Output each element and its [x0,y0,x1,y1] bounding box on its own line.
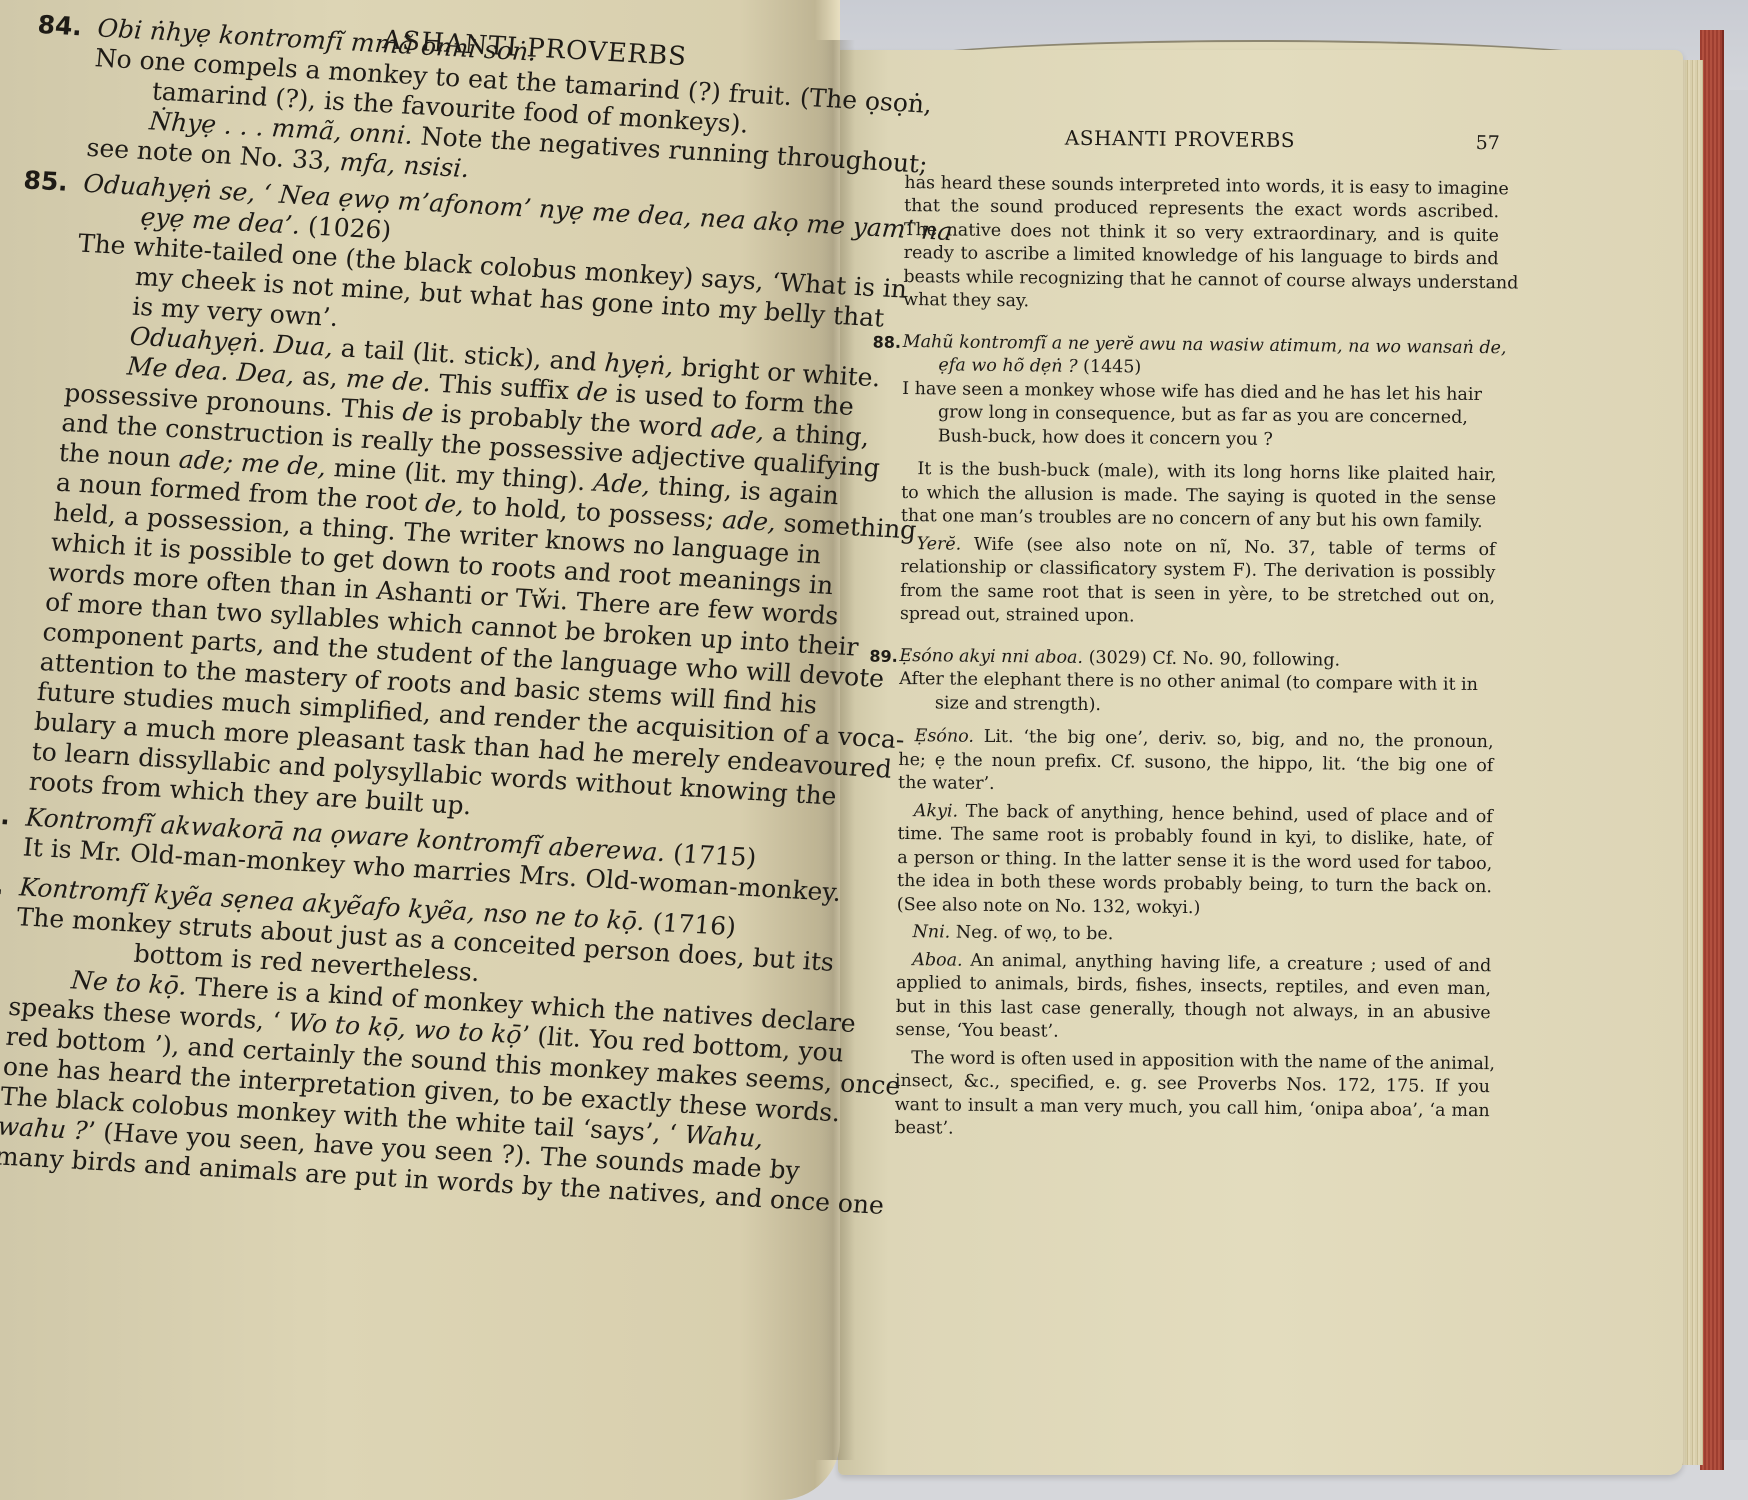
note-term: Aboa. [912,950,963,971]
continuation-paragraph: has heard these sounds interpreted into … [903,171,1499,318]
proverb-number: 86. [0,799,11,831]
note-text: to which the allusion is made. The sayin… [901,482,1496,508]
vernacular-text: ẹfa wo hõ dẹṅ ? [938,355,1077,376]
vernacular-text: de [401,397,434,428]
proverb-number: 87. [0,869,5,901]
note-paragraph: Yerĕ. Wife (see also note on nĩ, No. 37,… [900,532,1496,632]
proverb-number: 84. [36,10,83,42]
note-text: beast’. [894,1118,953,1139]
page-number: 57 [1476,132,1500,156]
note-text: time. The same root is probably found in… [897,824,1492,850]
note-text: Lit. ‘the big one’, deriv. so, big, and … [974,727,1494,752]
running-header-right: ASHANTI PROVERBS 57 [905,125,1500,156]
note-text: but in this last case generally, though … [896,996,1491,1022]
text-segment: (1026) [299,211,393,245]
vernacular-text: hyẹṅ, [603,348,675,381]
note-text: Wife (see also note on nĩ, No. 37, table… [961,534,1495,560]
note-text: spread out, strained upon. [900,604,1135,626]
note-text: Neg. of wọ, to be. [950,923,1113,945]
note-text: It is the bush-buck (male), with its lon… [917,459,1496,485]
note-text: he; ẹ the noun prefix. Cf. susono, the h… [898,749,1493,775]
proverb-reference: (1445) [1077,357,1141,378]
note-term: Yerĕ. [917,534,962,554]
proverb-entry: 85.Oduahyẹṅ se, ‘ Nea ẹwọ m’afonom’ nyẹ … [0,165,804,836]
proverb-entry: 87.Kontromfĩ kyẽa sẹnea akyẽafo kyẽa, ns… [0,869,740,1211]
proverb-entry: 89.Ẹsóno akyi nni aboa. (3029) Cf. No. 9… [894,644,1494,1146]
note-text: from the same root that is seen in yère,… [900,580,1495,606]
note-paragraph: Akyi. The back of anything, hence behind… [897,799,1493,923]
vernacular-text: ade, [721,505,777,537]
note-text: (See also note on No. 132, wokyi.) [897,894,1201,917]
vernacular-text: Me dea. [126,351,230,386]
text-segment: a thing, [763,417,870,452]
note-paragraph: Nni. Neg. of wọ, to be. [896,921,1491,951]
vernacular-text: mfa, nsisi. [339,147,471,183]
note-text: An animal, anything having life, a creat… [963,950,1492,976]
vernacular-text: de [576,377,609,408]
note-paragraph: Ẹsóno. Lit. ‘the big one’, deriv. so, bi… [898,725,1494,802]
note-term: Ẹsóno. [914,726,974,747]
note-text: The word is often used in apposition wit… [911,1048,1495,1074]
proverb-number: 85. [22,165,69,197]
right-entries: 88.Mahũ kontromfĩ a ne yerĕ awu na wasiw… [894,330,1497,1146]
note-text: the idea in both these words probably be… [897,871,1492,897]
vernacular-text: ade, [710,414,766,446]
proverb-reference: (3029) Cf. No. 90, following. [1083,647,1340,670]
note-paragraph: It is the bush-buck (male), with its lon… [901,458,1497,535]
book-cover-spine-edge [1700,30,1724,1470]
text-segment: (1716) [644,907,738,941]
note-text: sense, ‘You beast’. [895,1020,1058,1042]
running-head-right: ASHANTI PROVERBS [1065,127,1295,153]
proverb-number: 88. [873,330,902,354]
vernacular-text: Dua, [273,330,335,362]
note-text: relationship or classificatory system F)… [900,557,1495,583]
proverb-number: 89. [869,644,898,668]
note-line: that one man’s troubles are no concern o… [901,505,1496,535]
vernacular-text: me de. [345,364,433,398]
note-paragraph: Aboa. An animal, anything having life, a… [895,948,1491,1048]
note-line: Nni. Neg. of wọ, to be. [896,921,1491,951]
left-entries: 84.Obi ṅhyẹ kontromfĩ mmã onni soṅ.No on… [0,10,818,1211]
note-term: Nni. [912,922,950,942]
note-text: the water’. [898,773,995,794]
note-term: Akyi. [914,801,959,821]
text-segment: (1715) [664,838,758,872]
vernacular-text: Dea, [236,358,296,390]
note-paragraph: The word is often used in apposition wit… [894,1046,1490,1146]
note-text: applied to animals, birds, fishes, insec… [896,973,1491,999]
note-text: insect, &c., specified, e. g. see Prover… [895,1071,1490,1097]
note-text: The back of anything, hence behind, used… [958,801,1493,827]
vernacular-text: Ade, [592,468,651,500]
note-text: want to insult a man very much, you call… [895,1094,1490,1120]
note-text: a person or thing. In the latter sense i… [897,847,1492,873]
proverb-entry: 88.Mahũ kontromfĩ a ne yerĕ awu na wasiw… [900,330,1498,632]
vernacular-text: Ẹsóno akyi nni aboa. [899,645,1083,667]
vernacular-text: Mahũ kontromfĩ a ne yerĕ awu na wasiw at… [903,331,1507,357]
note-text: that one man’s troubles are no concern o… [901,506,1483,532]
right-page-text: ASHANTI PROVERBS 57 has heard these soun… [894,125,1500,1147]
vernacular-text: de, [424,488,465,519]
text-segment: as, [293,361,347,393]
vernacular-text: wahu ? [0,1111,89,1145]
vernacular-text: Wahu, [683,1120,764,1153]
